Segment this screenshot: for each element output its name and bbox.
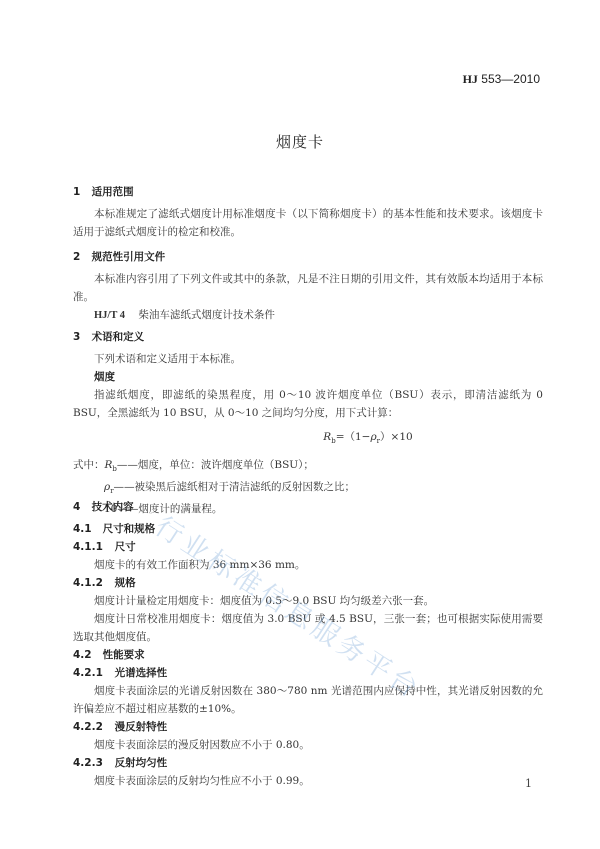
section-2: 2 规范性引用文件 本标准内容引用了下列文件或其中的条款，凡是不注日期的引用文件… bbox=[73, 248, 543, 325]
section-paragraph: 烟度计计量检定用烟度卡：烟度值为 0.5～9.0 BSU 均匀级差六张一套。 bbox=[73, 592, 543, 610]
section-paragraph: 烟度卡的有效工作面积为 36 mm×36 mm。 bbox=[73, 556, 543, 574]
section-intro: 下列术语和定义适用于本标准。 bbox=[73, 350, 543, 368]
section-heading: 1 适用范围 bbox=[73, 183, 543, 201]
section-paragraph: 烟度卡表面涂层的光谱反射因数在 380～780 nm 光谱范围内应保持中性，其光… bbox=[73, 682, 543, 718]
formula-legend-row: ρr——被染黑后滤纸相对于清洁滤纸的反射因数之比； bbox=[73, 478, 543, 500]
subsection-heading: 4.2 性能要求 bbox=[73, 646, 543, 664]
term-heading: 烟度 bbox=[73, 368, 543, 386]
section-4: 4 技术内容 4.1 尺寸和规格 4.1.1 尺寸 烟度卡的有效工作面积为 36… bbox=[73, 498, 543, 790]
standard-code: HJ 553—2010 bbox=[463, 72, 540, 87]
section-paragraph: 烟度卡表面涂层的漫反射因数应不小于 0.80。 bbox=[73, 736, 543, 754]
subsubsection-heading: 4.2.3 反射均匀性 bbox=[73, 754, 543, 772]
section-paragraph: 烟度卡表面涂层的反射均匀性应不小于 0.99。 bbox=[73, 772, 543, 790]
subsubsection-heading: 4.2.1 光谱选择性 bbox=[73, 664, 543, 682]
subsubsection-heading: 4.2.2 漫反射特性 bbox=[73, 718, 543, 736]
standard-prefix: HJ bbox=[463, 72, 478, 86]
reference-code: HJ/T 4 bbox=[94, 310, 125, 321]
document-page: HJ 553—2010 烟度卡 1 适用范围 本标准规定了滤纸式烟度计用标准烟度… bbox=[0, 0, 600, 849]
subsubsection-heading: 4.1.1 尺寸 bbox=[73, 538, 543, 556]
section-heading: 2 规范性引用文件 bbox=[73, 248, 543, 266]
document-title: 烟度卡 bbox=[0, 131, 600, 152]
subsubsection-heading: 4.1.2 规格 bbox=[73, 574, 543, 592]
section-heading: 4 技术内容 bbox=[73, 498, 543, 516]
section-paragraph: 本标准内容引用了下列文件或其中的条款，凡是不注日期的引用文件，其有效版本均适用于… bbox=[73, 270, 543, 306]
section-heading: 3 术语和定义 bbox=[73, 328, 543, 346]
section-1: 1 适用范围 本标准规定了滤纸式烟度计用标准烟度卡（以下简称烟度卡）的基本性能和… bbox=[73, 183, 543, 241]
page-number: 1 bbox=[525, 777, 532, 790]
standard-number: 553—2010 bbox=[481, 72, 540, 86]
normative-reference: HJ/T 4 柴油车滤纸式烟度计技术条件 bbox=[73, 306, 543, 325]
section-paragraph: 本标准规定了滤纸式烟度计用标准烟度卡（以下简称烟度卡）的基本性能和技术要求。该烟… bbox=[73, 205, 543, 241]
subsection-heading: 4.1 尺寸和规格 bbox=[73, 520, 543, 538]
term-definition: 指滤纸烟度，即滤纸的染黑程度，用 0～10 波许烟度单位（BSU）表示，即清洁滤… bbox=[73, 386, 543, 422]
section-3: 3 术语和定义 下列术语和定义适用于本标准。 烟度 指滤纸烟度，即滤纸的染黑程度… bbox=[73, 328, 543, 518]
section-paragraph: 烟度计日常校准用烟度卡：烟度值为 3.0 BSU 或 4.5 BSU，三张一套；… bbox=[73, 610, 543, 646]
formula: Rb=（1−ρr）×10 bbox=[73, 428, 543, 450]
reference-title: 柴油车滤纸式烟度计技术条件 bbox=[138, 309, 275, 321]
formula-legend-row: 式中：Rb——烟度，单位：波许烟度单位（BSU）； bbox=[73, 456, 543, 478]
